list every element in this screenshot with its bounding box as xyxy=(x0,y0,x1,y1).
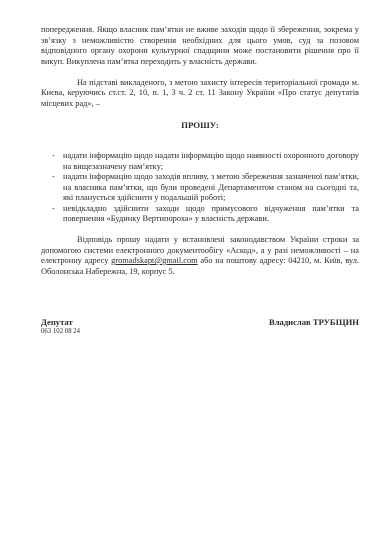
dash-bullet-icon: - xyxy=(52,172,55,183)
request-item: - надати інформацію щодо заходів впливу,… xyxy=(41,172,359,204)
request-item: - невідкладно здійснити заходи щодо прим… xyxy=(41,204,359,225)
paragraph-continuation: попередження. Якщо власник пам’ятки не в… xyxy=(41,25,359,67)
signer-name: Владислав ТРУБІЦИН xyxy=(269,317,359,327)
dash-bullet-icon: - xyxy=(52,204,55,215)
request-text: невідкладно здійснити заходи щодо примус… xyxy=(63,204,359,224)
paragraph-basis: На підставі викладеного, з метою захисту… xyxy=(41,78,359,110)
signer-role: Депутат xyxy=(41,317,80,327)
request-heading: ПРОШУ: xyxy=(41,120,359,131)
request-text: надати інформацію щодо надати інформацію… xyxy=(63,151,359,171)
signer-phone: 063 102 08 24 xyxy=(41,327,80,336)
dash-bullet-icon: - xyxy=(52,151,55,162)
request-text: надати інформацію щодо заходів впливу, з… xyxy=(63,172,359,202)
request-list: - надати інформацію щодо надати інформац… xyxy=(41,151,359,225)
document-body: попередження. Якщо власник пам’ятки не в… xyxy=(41,25,359,277)
request-item: - надати інформацію щодо надати інформац… xyxy=(41,151,359,172)
signature-left: Депутат 063 102 08 24 xyxy=(41,317,80,336)
paragraph-response: Відповідь прошу надати у встановлені зак… xyxy=(41,235,359,277)
email-link[interactable]: gromadskapt@gmail.com xyxy=(111,256,198,265)
